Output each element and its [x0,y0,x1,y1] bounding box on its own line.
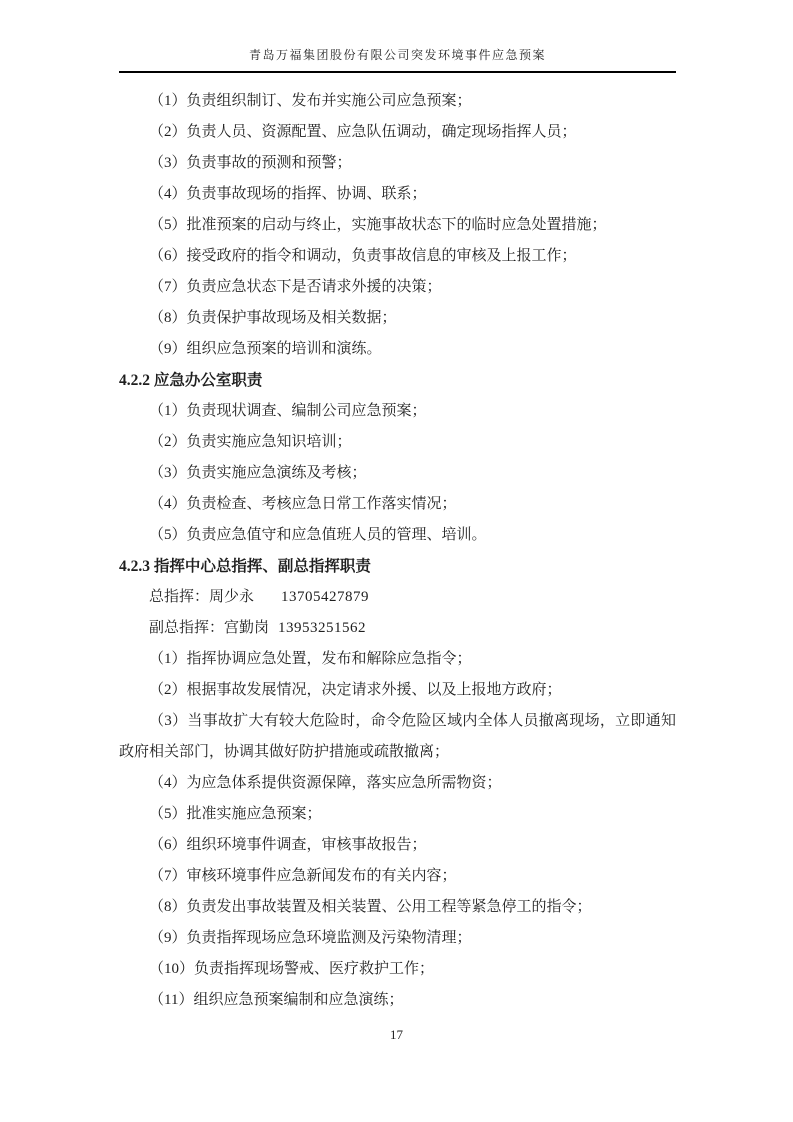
document-page: 青岛万福集团股份有限公司突发环境事件应急预案 （1）负责组织制订、发布并实施公司… [0,0,793,1122]
list-item: （9）组织应急预案的培训和演练。 [119,334,676,365]
header-divider [119,71,676,73]
list-item: （8）负责发出事故装置及相关装置、公用工程等紧急停工的指令； [119,892,676,923]
list-item: （7）审核环境事件应急新闻发布的有关内容； [119,861,676,892]
list-item: （2）负责人员、资源配置、应急队伍调动，确定现场指挥人员； [119,117,676,148]
page-header: 青岛万福集团股份有限公司突发环境事件应急预案 [119,44,676,73]
list-item: （3）当事故扩大有较大危险时，命令危险区域内全体人员撤离现场，立即通知政府相关部… [119,706,676,768]
list-item: （11）组织应急预案编制和应急演练； [119,985,676,1016]
chief-commander-name: 周少永 [209,589,254,605]
list-item: （6）接受政府的指令和调动，负责事故信息的审核及上报工作； [119,241,676,272]
list-item: （3）负责事故的预测和预警； [119,148,676,179]
list-item: （8）负责保护事故现场及相关数据； [119,303,676,334]
list-item: （9）负责指挥现场应急环境监测及污染物清理； [119,923,676,954]
section-heading-4-2-2: 4.2.2 应急办公室职责 [119,365,676,396]
deputy-commander-phone: 13953251562 [278,620,366,636]
list-item: （10）负责指挥现场警戒、医疗救护工作； [119,954,676,985]
page-number: 17 [390,1027,403,1042]
list-item: （4）为应急体系提供资源保障，落实应急所需物资； [119,768,676,799]
list-item: （5）批准实施应急预案； [119,799,676,830]
deputy-commander-name: 宫勤岗 [224,620,269,636]
list-item: （3）负责实施应急演练及考核； [119,458,676,489]
list-item: （2）负责实施应急知识培训； [119,427,676,458]
list-item: （4）负责事故现场的指挥、协调、联系； [119,179,676,210]
deputy-commander-line: 副总指挥：宫勤岗13953251562 [119,613,676,644]
section-heading-4-2-3: 4.2.3 指挥中心总指挥、副总指挥职责 [119,551,676,582]
document-body: （1）负责组织制订、发布并实施公司应急预案； （2）负责人员、资源配置、应急队伍… [119,86,676,1016]
list-item: （5）负责应急值守和应急值班人员的管理、培训。 [119,520,676,551]
list-item: （2）根据事故发展情况，决定请求外援、以及上报地方政府； [119,675,676,706]
list-item: （1）指挥协调应急处置，发布和解除应急指令； [119,644,676,675]
list-item: （1）负责组织制订、发布并实施公司应急预案； [119,86,676,117]
list-item: （7）负责应急状态下是否请求外援的决策； [119,272,676,303]
page-footer: 17 [0,1025,793,1045]
chief-commander-label: 总指挥： [149,589,209,605]
header-title: 青岛万福集团股份有限公司突发环境事件应急预案 [119,44,676,66]
chief-commander-line: 总指挥：周少永13705427879 [119,582,676,613]
list-item: （6）组织环境事件调查，审核事故报告； [119,830,676,861]
chief-commander-phone: 13705427879 [281,589,369,605]
list-item: （4）负责检查、考核应急日常工作落实情况； [119,489,676,520]
list-item: （5）批准预案的启动与终止，实施事故状态下的临时应急处置措施； [119,210,676,241]
deputy-commander-label: 副总指挥： [149,620,224,636]
list-item: （1）负责现状调查、编制公司应急预案； [119,396,676,427]
